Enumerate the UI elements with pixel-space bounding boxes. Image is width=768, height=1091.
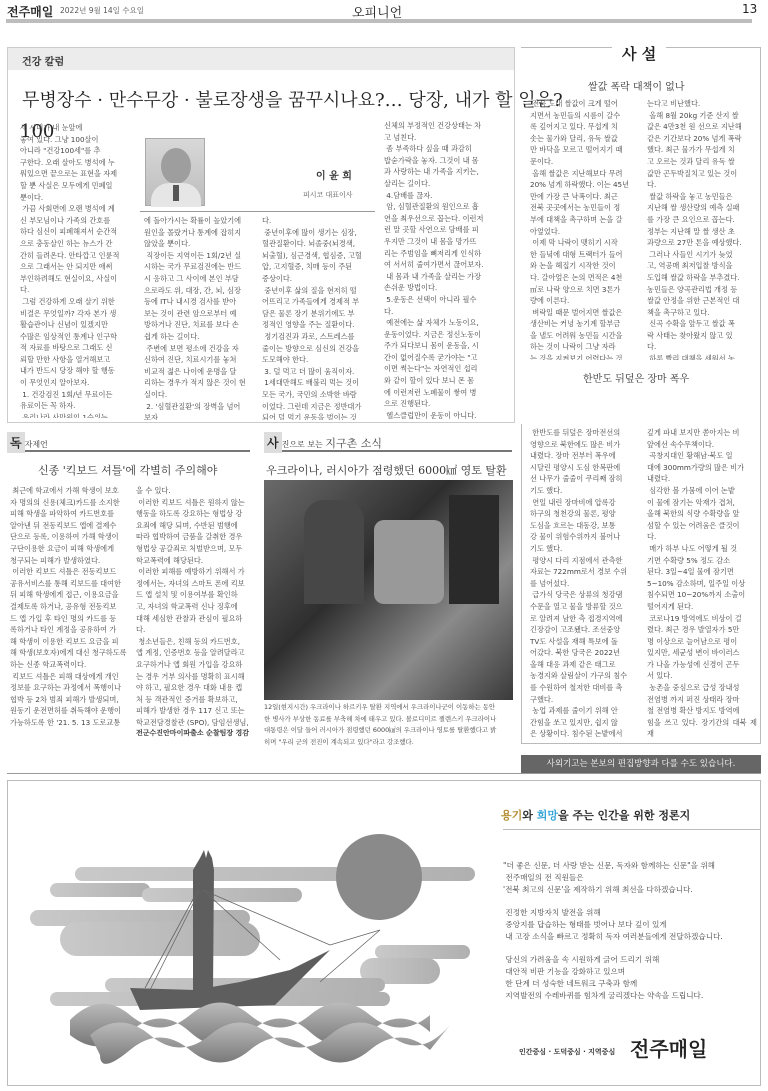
photo-tag-rest-2: 지구촌 소식 <box>325 437 382 450</box>
ad-body-text: "더 좋은 신문, 더 사랑 받는 신문, 독자와 함께하는 신문"을 위해 전… <box>503 860 723 1002</box>
health-column-tag: 건강 칼럼 <box>8 48 514 70</box>
author-name: 이 윤 희 <box>316 167 352 182</box>
health-col-2: 에 돌아가시는 확률이 높았기에 원인을 몰랐거나 통계에 잡히지 않았을 뿐이… <box>144 215 260 420</box>
editorial-col-4: 깊게 파내 보지만 쏟아지는 비 앞에선 속수무책이다. 곡창지대인 황해남·북… <box>647 427 757 739</box>
editorial-title: 쌀값 폭락 대책이 없나 <box>588 78 684 93</box>
ad-headline: 용기와 희망을 주는 인간을 위한 정론지 <box>501 807 690 823</box>
author-photo <box>145 138 205 206</box>
ad-headline-mid: 와 <box>522 809 536 822</box>
author-title: 피시코 대표이사 <box>303 190 353 200</box>
photo-tag-box: 사 <box>264 432 282 453</box>
reader-section-tag: 독자제언 <box>7 432 250 452</box>
health-col-4: 신체의 부정적인 건강상태는 차 고 넘친다. 좀 부족하다 싶을 때 과감히 … <box>384 120 502 420</box>
editorial-col-1: 전북 도내 쌀값이 크게 떨어 지면서 농민들의 시름이 갈수 록 깊어지고 있… <box>530 98 640 360</box>
ad-headline-courage: 용기 <box>501 809 522 822</box>
editorial-col-2: 는다고 비난했다. 올해 8월 20kg 기준 산지 쌀 값은 4만3천 원 선… <box>647 98 757 360</box>
reader-tag-rest: 자제언 <box>25 440 48 449</box>
reader-col-2: 을 수 있다. 이러한 킥보드 셔틀은 원하지 않는 행동을 하도록 강요하는 … <box>136 485 258 727</box>
author-divider <box>140 211 375 212</box>
editorial-title-2: 한반도 뒤덮은 장마 폭우 <box>583 370 689 385</box>
editorial-label: 사 설 <box>612 43 666 64</box>
reader-col-1: 최근에 학교에서 가해 학생이 보호 자 명의의 신용(체크)카드를 소지한 피… <box>10 485 132 727</box>
health-col-1: 세 시대가 내 눈앞에 놓여 있다. 그냥 100살이 아니라 "건강100세"… <box>20 122 134 418</box>
photo-section-tag: 사진으로 보는 지구촌 소식 <box>264 432 512 452</box>
contributor-notice: 사외기고는 본보의 편집방향과 다를 수도 있습니다. <box>521 755 761 773</box>
reader-byline: 전군수진안마이파출소 순찰팀장 경감 <box>136 728 249 738</box>
ad-slogan: 인간중심 · 도덕중심 · 지역중심 <box>519 1047 615 1057</box>
photo-caption: 12일(현지시간) 우크라이나 하르키우 탈환 지역에서 우크라이나군이 이동하… <box>264 702 514 750</box>
reader-article-title: 신종 '킥보드 셔틀'에 각별히 주의해야 <box>38 462 217 478</box>
issue-date: 2022년 9월 14일 수요일 <box>60 5 144 16</box>
news-photo <box>264 480 513 700</box>
page-number: 13 <box>742 2 757 16</box>
ad-logo: 전주매일 <box>630 1033 707 1062</box>
masthead-logo: 전주매일 <box>7 3 53 20</box>
ship-illustration-icon <box>30 810 480 1080</box>
health-column-title: 무병장수 · 만수무강 · 불로장생을 꿈꾸시나요?… 당장, 내가 할 일은? <box>22 86 563 112</box>
header-rule <box>6 19 752 23</box>
photo-news-title: 우크라이나, 러시아가 점령했던 6000㎢ 영토 탈환 <box>266 462 507 478</box>
ad-rule <box>503 829 761 830</box>
ad-headline-rest: 을 주는 인간을 위한 정론지 <box>558 809 690 822</box>
reader-tag-box: 독 <box>7 432 25 453</box>
ad-headline-hope: 희망 <box>537 809 558 822</box>
photo-tag-rest: 진으로 보는 <box>282 440 326 449</box>
health-col-3: 다. 중년이후에 많이 생기는 심장, 혈관질환이다. 뇌졸중(뇌경색, 뇌출혈… <box>262 215 378 420</box>
health-column-tag-label: 건강 칼럼 <box>22 53 64 68</box>
ad-top-rule <box>7 773 761 774</box>
editorial-col-3: 한반도를 뒤덮은 장마전선의 영향으로 북한에도 많은 비가 내렸다. 장마 전… <box>530 427 640 739</box>
